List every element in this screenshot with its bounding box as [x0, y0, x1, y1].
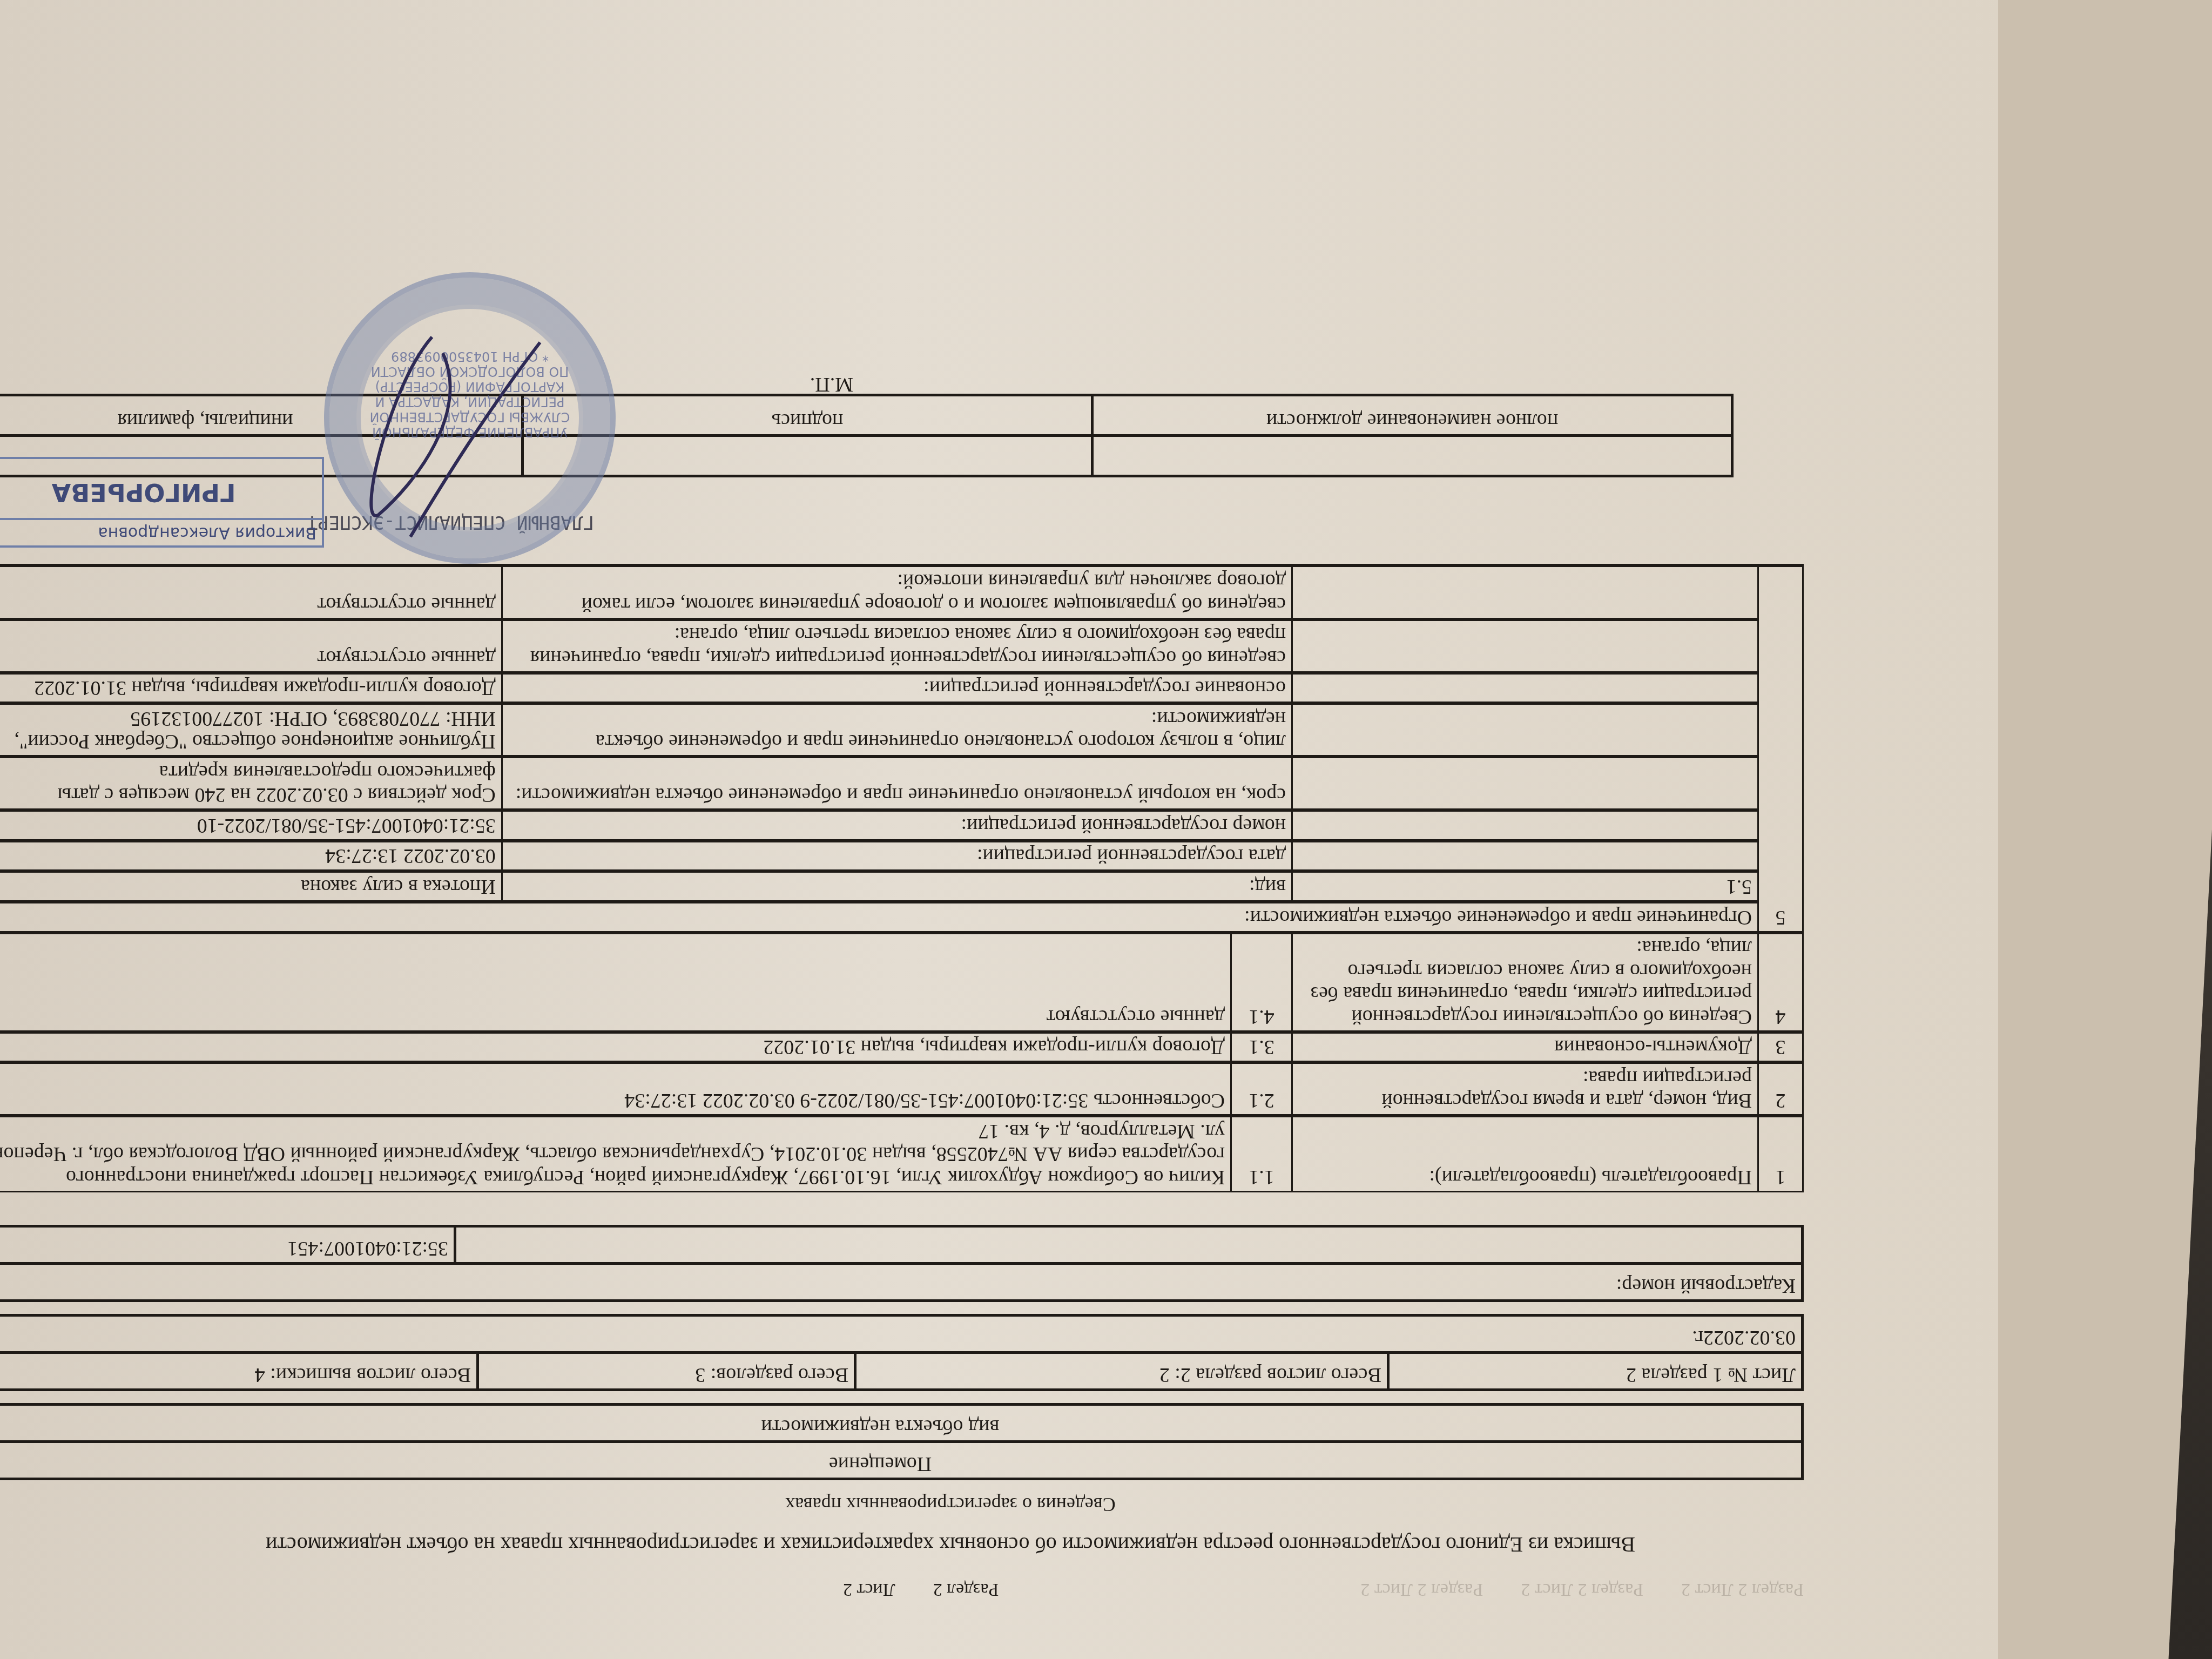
table-row: 1 Правообладатель (правообладатели): 1.1… — [0, 1116, 1803, 1191]
caption-position: полное наименование должности — [1092, 395, 1732, 436]
row-subnumber: 3.1 — [1231, 1032, 1292, 1063]
cadastral-number: 35:21:0401007:451 — [0, 1226, 455, 1264]
field-label: вид: — [502, 871, 1292, 902]
table-row: 4 Сведения об осуществлении государствен… — [0, 933, 1803, 1032]
field-value: Публичное акционерное общество "Сбербанк… — [0, 703, 502, 757]
name-stamp: Виктория Александровна ГРИГОРЬЕВА — [0, 457, 324, 548]
stamp-given-name: Виктория Александровна — [0, 518, 322, 545]
table-row: 5 Ограничение прав и обременение объекта… — [0, 902, 1803, 933]
row-subnumber: 4.1 — [1231, 933, 1292, 1032]
row-label: Вид, номер, дата и время государственной… — [1292, 1062, 1758, 1116]
row-number: 4 — [1758, 933, 1803, 1032]
table-row: 3 Документы-основания 3.1 Договор купли-… — [0, 1032, 1803, 1063]
field-label: лицо, в пользу которого установлено огра… — [502, 703, 1292, 757]
document-title: Выписка из Единого государственного реес… — [27, 1532, 1874, 1557]
field-value: 03.02.2022 13:27:34 — [0, 841, 502, 872]
field-value: данные отсутствуют — [0, 619, 502, 673]
object-type-table: Помещение вид объекта недвижимости — [0, 1403, 1804, 1480]
field-value: данные отсутствуют — [0, 565, 502, 619]
table-row: сведения об управляющем залогом и о дого… — [0, 565, 1803, 619]
field-label: срок, на который установлено ограничение… — [502, 757, 1292, 810]
sheet-label: Лист 2 — [843, 1579, 895, 1600]
field-label: дата государственной регистрации: — [502, 841, 1292, 872]
table-row: 5.1 вид: Ипотека в силу закона — [0, 871, 1803, 902]
owner-value: Килич ов Собиржон Абдухолик Угли, 16.10.… — [0, 1116, 1231, 1191]
document-page: Раздел 2 Лист 2 Раздел 2 Лист 2 Раздел 2… — [0, 0, 1998, 1659]
faint-mark: Раздел 2 Лист 2 — [1681, 1579, 1804, 1600]
field-label: основание государственной регистрации: — [502, 673, 1292, 704]
extract-date: 03.02.2022г. — [0, 1316, 1803, 1353]
mp-label: М.П. — [810, 373, 853, 396]
table-row: основание государственной регистрации:До… — [0, 673, 1803, 704]
row-subnumber: 1.1 — [1231, 1116, 1292, 1191]
field-value: 35:21:0401007:451-35/081/2022-10 — [0, 810, 502, 841]
field-label: сведения об управляющем залогом и о дого… — [502, 565, 1292, 619]
encumbrance-heading: Ограничение прав и обременение объекта н… — [0, 902, 1758, 933]
row-number: 2 — [1758, 1062, 1803, 1116]
table-row: 2 Вид, номер, дата и время государственн… — [0, 1062, 1803, 1116]
table-row: лицо, в пользу которого установлено огра… — [0, 703, 1803, 757]
faint-mark: Раздел 2 Лист 2 — [1521, 1579, 1643, 1600]
object-type-value: Помещение — [0, 1442, 1803, 1479]
row-label: Документы-основания — [1292, 1032, 1758, 1063]
sheet-info-table: Лист № 1 раздела 2 Всего листов раздела … — [0, 1314, 1804, 1391]
table-row: сведения об осуществлении государственно… — [0, 619, 1803, 673]
cadastral-table: Кадастровый номер: 35:21:0401007:451 — [0, 1225, 1804, 1302]
table-row: срок, на который установлено ограничение… — [0, 757, 1803, 810]
basis-document-value: Договор купли-продажи квартиры, выдан 31… — [0, 1032, 1231, 1063]
page-header: Раздел 2 Лист 2 Раздел 2 Лист 2 Раздел 2… — [0, 1579, 1804, 1600]
sections-total: Всего разделов: 3 — [478, 1353, 855, 1390]
table-row: дата государственной регистрации:03.02.2… — [0, 841, 1803, 872]
field-value: Ипотека в силу закона — [0, 871, 502, 902]
field-value: Срок действия с 03.02.2022 на 240 месяце… — [0, 757, 502, 810]
rotated-content: Раздел 2 Лист 2 Раздел 2 Лист 2 Раздел 2… — [0, 0, 1998, 1659]
field-label: сведения об осуществлении государственно… — [502, 619, 1292, 673]
row-subnumber: 5.1 — [1292, 871, 1758, 902]
field-value: Договор купли-продажи квартиры, выдан 31… — [0, 673, 502, 704]
third-party-consent-value: данные отсутствуют — [0, 933, 1231, 1032]
faint-mark: Раздел 2 Лист 2 — [1360, 1579, 1483, 1600]
row-number: 3 — [1758, 1032, 1803, 1063]
stamp-surname: ГРИГОРЬЕВА — [0, 478, 322, 518]
sheets-in-section: Всего листов раздела 2: 2 — [855, 1353, 1388, 1390]
rights-table: 1 Правообладатель (правообладатели): 1.1… — [0, 564, 1804, 1192]
sheets-total: Всего листов выписки: 4 — [0, 1353, 478, 1390]
cadastral-label: Кадастровый номер: — [0, 1264, 1803, 1301]
section-label: Раздел 2 — [933, 1579, 999, 1600]
row-number: 1 — [1758, 1116, 1803, 1191]
field-label: номер государственной регистрации: — [502, 810, 1292, 841]
table-row: номер государственной регистрации:35:21:… — [0, 810, 1803, 841]
row-label: Правообладатель (правообладатели): — [1292, 1116, 1758, 1191]
row-number: 5 — [1758, 565, 1803, 932]
signature-block: ГЛАВНЫЙ СПЕЦИАЛИСТ-ЭКСПЕРТ полное наимен… — [0, 315, 1804, 542]
row-subnumber: 2.1 — [1231, 1062, 1292, 1116]
sheet-number: Лист № 1 раздела 2 — [1388, 1353, 1802, 1390]
row-label: Сведения об осуществлении государственно… — [1292, 933, 1758, 1032]
object-type-caption: вид объекта недвижимости — [0, 1405, 1803, 1442]
document-subtitle: Сведения о зарегистрированных правах — [27, 1493, 1874, 1516]
right-value: Собственность 35:21:0401007:451-35/081/2… — [0, 1062, 1231, 1116]
